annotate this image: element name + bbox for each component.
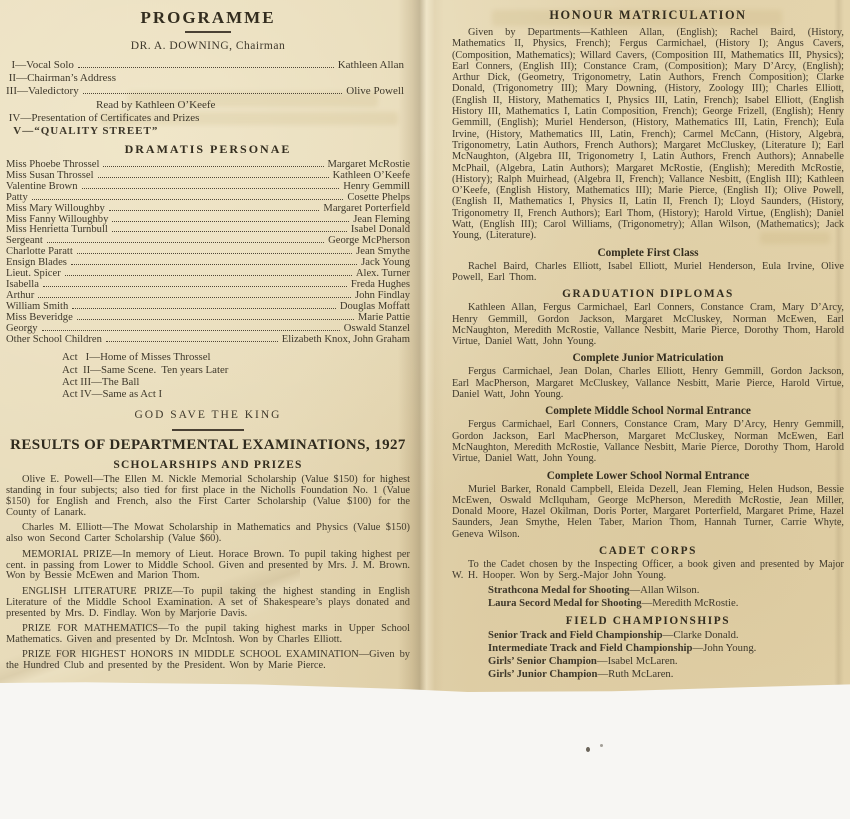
scan-speck — [586, 747, 590, 752]
championship-winner: —Clarke Donald. — [663, 629, 739, 641]
championship-winner: —Isabel McLaren. — [597, 655, 678, 667]
dotted-leader — [98, 177, 329, 178]
cast-row: Other School ChildrenElizabeth Knox, Joh… — [6, 335, 410, 346]
results-page: HONOUR MATRICULATION Given by Department… — [452, 0, 844, 681]
dotted-leader — [109, 210, 320, 211]
programme-item-label: I—Vocal Solo — [6, 59, 74, 72]
honour-matriculation-heading: HONOUR MATRICULATION — [452, 8, 844, 23]
medal-winner: —Allan Wilson. — [629, 584, 699, 596]
act-line: Act I—Home of Misses Throssel — [62, 351, 410, 363]
championship-name: Senior Track and Field Championship — [488, 629, 663, 641]
dotted-leader — [72, 308, 336, 309]
scanned-programme-spread: PROGRAMME DR. A. DOWNING, Chairman I—Voc… — [0, 0, 850, 819]
prize-paragraph: PRIZE FOR MATHEMATICS—To the pupil takin… — [6, 624, 410, 646]
results-heading: RESULTS OF DEPARTMENTAL EXAMINATIONS, 19… — [6, 437, 410, 454]
dotted-leader — [38, 297, 351, 298]
medal-line: Strathcona Medal for Shooting—Allan Wils… — [488, 584, 844, 597]
prize-paragraph: MEMORIAL PRIZE—In memory of Lieut. Horac… — [6, 550, 410, 583]
prize-paragraph: ENGLISH LITERATURE PRIZE—To pupil taking… — [6, 587, 410, 620]
medal-line: Laura Secord Medal for Shooting—Meredith… — [488, 597, 844, 610]
middle-school-heading: Complete Middle School Normal Entrance — [452, 405, 844, 417]
cast-actor: Margaret Porterfield — [323, 204, 410, 215]
dotted-leader — [78, 67, 334, 68]
programme-item-label: III—Valedictory — [6, 85, 79, 98]
programme-item-note: Read by Kathleen O’Keefe — [96, 99, 410, 112]
cadet-corps-heading: CADET CORPS — [452, 545, 844, 557]
dotted-leader — [71, 264, 357, 265]
programme-item: V—“QUALITY STREET” — [6, 125, 410, 138]
first-class-heading: Complete First Class — [452, 247, 844, 259]
scan-speck — [600, 744, 603, 747]
anthem-line: GOD SAVE THE KING — [6, 409, 410, 421]
dotted-leader — [42, 330, 340, 331]
cadet-paragraph: To the Cadet chosen by the Inspecting Of… — [452, 559, 844, 582]
graduation-names: Kathleen Allan, Fergus Carmichael, Earl … — [452, 302, 844, 347]
programme-page: PROGRAMME DR. A. DOWNING, Chairman I—Voc… — [6, 0, 410, 677]
programme-item-label: II—Chairman’s Address — [6, 72, 116, 85]
junior-matriculation-heading: Complete Junior Matriculation — [452, 352, 844, 364]
dotted-leader — [106, 341, 278, 342]
lower-school-names: Muriel Barker, Ronald Campbell, Eleida D… — [452, 484, 844, 540]
act-list: Act I—Home of Misses Throssel Act II—Sam… — [62, 351, 410, 400]
paper-sheet: PROGRAMME DR. A. DOWNING, Chairman I—Voc… — [0, 0, 850, 692]
section-rule — [172, 429, 244, 431]
act-line: Act III—The Ball — [62, 376, 410, 388]
championship-name: Girls’ Junior Champion — [488, 668, 597, 680]
championship-line: Senior Track and Field Championship—Clar… — [488, 629, 844, 642]
graduation-diplomas-heading: GRADUATION DIPLOMAS — [452, 288, 844, 300]
medal-winner: —Meredith McRostie. — [642, 597, 739, 609]
programme-item: IV—Presentation of Certificates and Priz… — [6, 112, 410, 125]
junior-matriculation-names: Fergus Carmichael, Jean Dolan, Charles E… — [452, 366, 844, 400]
cast-row: PattyCosette Phelps — [6, 193, 410, 204]
cast-role: Miss Mary Willoughby — [6, 204, 105, 215]
field-championships-heading: FIELD CHAMPIONSHIPS — [452, 615, 844, 627]
championship-line: Intermediate Track and Field Championshi… — [488, 642, 844, 655]
dotted-leader — [82, 188, 340, 189]
performer-name: Olive Powell — [346, 85, 410, 98]
prize-paragraph: Olive E. Powell—The Ellen M. Nickle Memo… — [6, 475, 410, 519]
cast-row: Lieut. SpicerAlex. Turner — [6, 269, 410, 280]
honour-paragraph: Given by Departments—Kathleen Allan, (En… — [452, 27, 844, 242]
medal-name: Strathcona Medal for Shooting — [488, 584, 629, 596]
cast-row: Miss Mary WilloughbyMargaret Porterfield — [6, 204, 410, 215]
dotted-leader — [103, 166, 323, 167]
championship-name: Girls’ Senior Champion — [488, 655, 597, 667]
first-class-names: Rachel Baird, Charles Elliott, Isabel El… — [452, 261, 844, 284]
cast-actor: Oswald Stanzel — [344, 324, 410, 335]
programme-item-label: IV—Presentation of Certificates and Priz… — [6, 112, 199, 125]
act-line: Act II—Same Scene. Ten years Later — [62, 364, 410, 376]
championship-winner: —Ruth McLaren. — [597, 668, 673, 680]
medal-name: Laura Secord Medal for Shooting — [488, 597, 642, 609]
dotted-leader — [43, 286, 347, 287]
lower-school-heading: Complete Lower School Normal Entrance — [452, 470, 844, 482]
dotted-leader — [112, 221, 349, 222]
programme-item: III—Valedictory Olive Powell — [6, 85, 410, 98]
dotted-leader — [65, 275, 352, 276]
page-title: PROGRAMME — [6, 8, 410, 28]
dotted-leader — [77, 319, 354, 320]
middle-school-names: Fergus Carmichael, Earl Conners, Constan… — [452, 419, 844, 464]
act-line: Act IV—Same as Act I — [62, 388, 410, 400]
prize-paragraph: Charles M. Elliott—The Mowat Scholarship… — [6, 523, 410, 545]
programme-item: II—Chairman’s Address — [6, 72, 410, 85]
dotted-leader — [32, 199, 344, 200]
scholarships-heading: SCHOLARSHIPS AND PRIZES — [6, 459, 410, 471]
prize-paragraph: PRIZE FOR HIGHEST HONORS IN MIDDLE SCHOO… — [6, 650, 410, 672]
dotted-leader — [112, 231, 347, 232]
cast-role: Miss Beveridge — [6, 313, 73, 324]
cast-actor: Cosette Phelps — [347, 193, 410, 204]
championship-line: Girls’ Senior Champion—Isabel McLaren. — [488, 655, 844, 668]
dotted-leader — [83, 93, 343, 94]
dramatis-personae-heading: DRAMATIS PERSONAE — [6, 142, 410, 157]
title-rule — [185, 31, 231, 33]
championship-line: Girls’ Junior Champion—Ruth McLaren. — [488, 668, 844, 681]
cast-row: IsabellaFreda Hughes — [6, 280, 410, 291]
dotted-leader — [47, 242, 324, 243]
cast-row: GeorgyOswald Stanzel — [6, 324, 410, 335]
programme-item-label: V—“QUALITY STREET” — [6, 125, 158, 138]
dotted-leader — [77, 253, 352, 254]
cast-role: Other School Children — [6, 335, 102, 346]
chairman-line: DR. A. DOWNING, Chairman — [6, 40, 410, 52]
cast-row: Ensign BladesJack Young — [6, 258, 410, 269]
championship-name: Intermediate Track and Field Championshi… — [488, 642, 692, 654]
cast-row: Miss BeveridgeMarie Pattie — [6, 313, 410, 324]
cast-role: Patty — [6, 193, 28, 204]
cast-role: Georgy — [6, 324, 38, 335]
programme-item: I—Vocal Solo Kathleen Allan — [6, 59, 410, 72]
performer-name: Kathleen Allan — [338, 59, 410, 72]
cast-actor: Elizabeth Knox, John Graham — [282, 335, 410, 346]
championship-winner: —John Young. — [692, 642, 756, 654]
cast-actor: Marie Pattie — [358, 313, 410, 324]
